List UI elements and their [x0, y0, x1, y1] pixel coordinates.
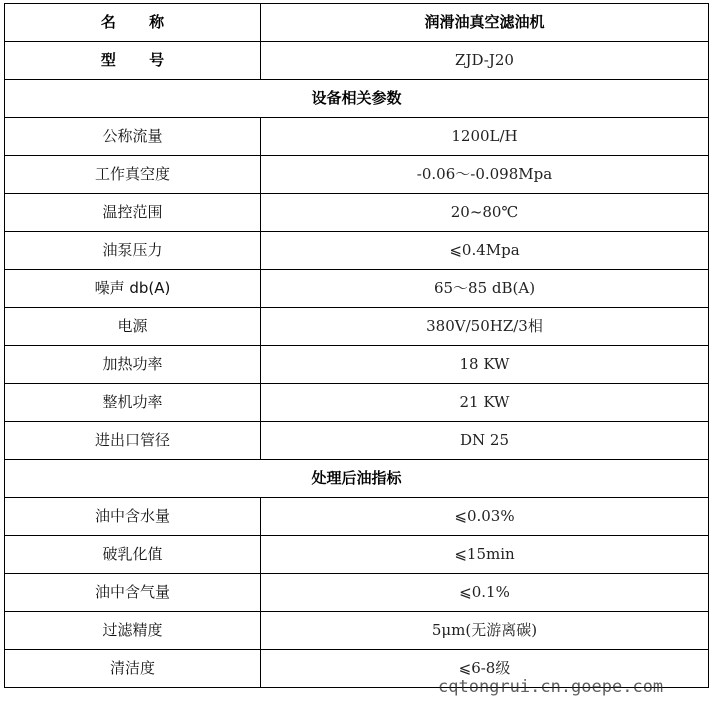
name-label: 名 称 [5, 4, 261, 42]
param-value: -0.06～-0.098Mpa [261, 156, 709, 194]
table-row: 噪声 db(A) 65～85 dB(A) [5, 270, 709, 308]
param-label: 工作真空度 [5, 156, 261, 194]
param-label: 油泵压力 [5, 232, 261, 270]
table-row: 破乳化值 ⩽15min [5, 536, 709, 574]
param-value: 1200L/H [261, 118, 709, 156]
param-value: 18 KW [261, 346, 709, 384]
table-row: 电源 380V/50HZ/3相 [5, 308, 709, 346]
param-value: ⩽0.03% [261, 498, 709, 536]
param-value: ⩽0.4Mpa [261, 232, 709, 270]
table-row: 清洁度 ⩽6-8级 [5, 650, 709, 688]
name-value: 润滑油真空滤油机 [261, 4, 709, 42]
param-label: 噪声 db(A) [5, 270, 261, 308]
param-label: 破乳化值 [5, 536, 261, 574]
param-label: 过滤精度 [5, 612, 261, 650]
param-label: 油中含水量 [5, 498, 261, 536]
table-row: 油中含水量 ⩽0.03% [5, 498, 709, 536]
table-row: 公称流量 1200L/H [5, 118, 709, 156]
table-row: 工作真空度 -0.06～-0.098Mpa [5, 156, 709, 194]
param-value: 380V/50HZ/3相 [261, 308, 709, 346]
table-row: 过滤精度 5μm(无游离碳) [5, 612, 709, 650]
param-label: 整机功率 [5, 384, 261, 422]
table-row-name: 名 称 润滑油真空滤油机 [5, 4, 709, 42]
table-row: 进出口管径 DN 25 [5, 422, 709, 460]
param-label: 电源 [5, 308, 261, 346]
model-label: 型 号 [5, 42, 261, 80]
param-label: 公称流量 [5, 118, 261, 156]
param-label: 加热功率 [5, 346, 261, 384]
table-row: 油泵压力 ⩽0.4Mpa [5, 232, 709, 270]
section-title: 处理后油指标 [5, 460, 709, 498]
param-value: 65～85 dB(A) [261, 270, 709, 308]
param-label: 油中含气量 [5, 574, 261, 612]
param-value: 21 KW [261, 384, 709, 422]
table-row: 加热功率 18 KW [5, 346, 709, 384]
param-label: 温控范围 [5, 194, 261, 232]
param-value: ⩽6-8级 [261, 650, 709, 688]
param-label: 清洁度 [5, 650, 261, 688]
section-title: 设备相关参数 [5, 80, 709, 118]
table-row: 整机功率 21 KW [5, 384, 709, 422]
section-header-equipment: 设备相关参数 [5, 80, 709, 118]
param-value: 5μm(无游离碳) [261, 612, 709, 650]
table-row: 温控范围 20~80℃ [5, 194, 709, 232]
param-value: ⩽15min [261, 536, 709, 574]
table-row: 油中含气量 ⩽0.1% [5, 574, 709, 612]
param-value: 20~80℃ [261, 194, 709, 232]
spec-table: 名 称 润滑油真空滤油机 型 号 ZJD-J20 设备相关参数 公称流量 120… [4, 3, 709, 688]
section-header-treated-oil: 处理后油指标 [5, 460, 709, 498]
param-label: 进出口管径 [5, 422, 261, 460]
param-value: ⩽0.1% [261, 574, 709, 612]
table-row-model: 型 号 ZJD-J20 [5, 42, 709, 80]
param-value: DN 25 [261, 422, 709, 460]
model-value: ZJD-J20 [261, 42, 709, 80]
